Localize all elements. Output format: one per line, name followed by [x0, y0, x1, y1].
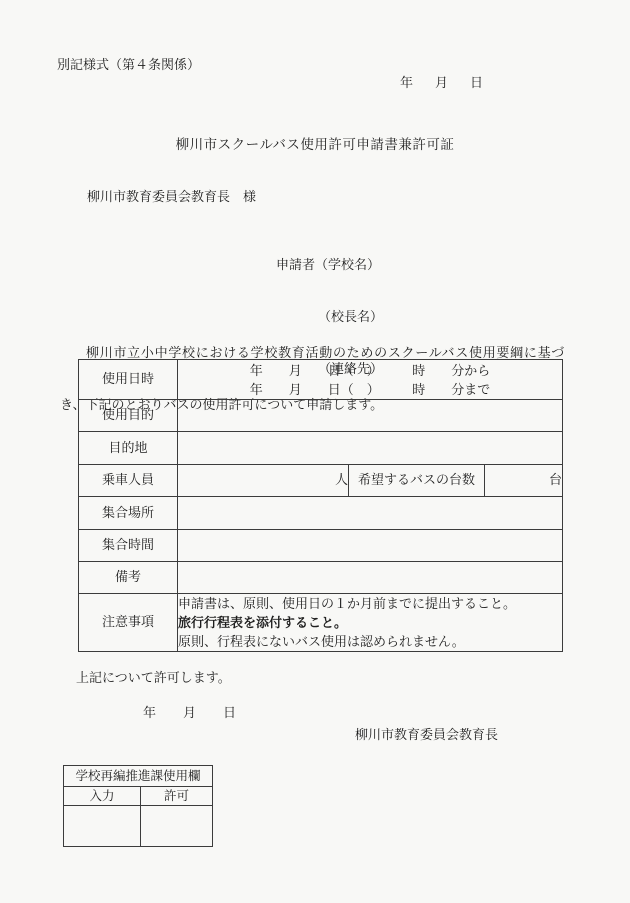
office-permit-blank-cell	[141, 806, 213, 847]
use-purpose-label: 使用目的	[79, 400, 178, 432]
notes-line-2: 旅行行程表を添付すること。	[178, 613, 562, 632]
approval-date-year-label: 年	[143, 706, 156, 721]
use-datetime-label: 使用日時	[79, 360, 178, 400]
date-day-label: 日	[470, 76, 483, 91]
document-title: 柳川市スクールバス使用許可申請書兼許可証	[0, 137, 630, 153]
approver-signature-line: 柳川市教育委員会教育長	[355, 728, 498, 743]
office-use-header-row: 学校再編推進課使用欄	[64, 766, 213, 787]
date-year-label: 年	[400, 76, 413, 91]
row-remarks: 備考	[79, 562, 563, 594]
bus-count-cell: 台	[485, 465, 563, 497]
use-datetime-from: 年 月 日（ ） 時 分から	[178, 361, 562, 380]
meeting-time-value-cell	[178, 530, 563, 562]
row-use-purpose: 使用目的	[79, 400, 563, 432]
row-use-datetime: 使用日時 年 月 日（ ） 時 分から 年 月 日（ ） 時 分まで	[79, 360, 563, 400]
approval-statement: 上記について許可します。	[76, 671, 231, 686]
notes-line-1: 申請書は、原則、使用日の１か月前までに提出すること。	[178, 594, 562, 613]
document-page: 別記様式（第４条関係） 年 月 日 柳川市スクールバス使用許可申請書兼許可証 柳…	[0, 0, 630, 903]
office-input-label: 入力	[64, 787, 141, 806]
use-purpose-value-cell	[178, 400, 563, 432]
approval-date-day-label: 日	[223, 706, 236, 721]
meeting-time-label: 集合時間	[79, 530, 178, 562]
date-month-label: 月	[435, 76, 448, 91]
meeting-place-value-cell	[178, 497, 563, 530]
office-use-label-row: 入力 許可	[64, 787, 213, 806]
office-use-blank-row	[64, 806, 213, 847]
destination-value-cell	[178, 432, 563, 465]
use-datetime-to: 年 月 日（ ） 時 分まで	[178, 380, 562, 399]
row-destination: 目的地	[79, 432, 563, 465]
use-datetime-cell: 年 月 日（ ） 時 分から 年 月 日（ ） 時 分まで	[178, 360, 563, 400]
passengers-count-cell: 人	[178, 465, 349, 497]
addressee-line: 柳川市教育委員会教育長 様	[87, 190, 256, 205]
row-passengers: 乗車人員 人 希望するバスの台数 台	[79, 465, 563, 497]
row-notes: 注意事項 申請書は、原則、使用日の１か月前までに提出すること。 旅行行程表を添付…	[79, 594, 563, 652]
remarks-value-cell	[178, 562, 563, 594]
application-date-line: 年 月 日	[400, 76, 483, 91]
row-meeting-place: 集合場所	[79, 497, 563, 530]
office-input-blank-cell	[64, 806, 141, 847]
meeting-place-label: 集合場所	[79, 497, 178, 530]
office-permit-label: 許可	[141, 787, 213, 806]
applicant-school-line: 申請者（学校名）	[276, 254, 383, 276]
bus-count-label: 希望するバスの台数	[349, 465, 485, 497]
remarks-label: 備考	[79, 562, 178, 594]
passengers-label: 乗車人員	[79, 465, 178, 497]
row-meeting-time: 集合時間	[79, 530, 563, 562]
approval-date-line: 年 月 日	[143, 706, 236, 721]
notes-cell: 申請書は、原則、使用日の１か月前までに提出すること。 旅行行程表を添付すること。…	[178, 594, 563, 652]
office-use-header: 学校再編推進課使用欄	[64, 766, 213, 787]
approval-date-month-label: 月	[183, 706, 196, 721]
notes-line-3: 原則、行程表にないバス使用は認められません。	[178, 632, 562, 651]
destination-label: 目的地	[79, 432, 178, 465]
form-style-label: 別記様式（第４条関係）	[57, 58, 200, 73]
notes-label: 注意事項	[79, 594, 178, 652]
office-use-table: 学校再編推進課使用欄 入力 許可	[63, 765, 213, 847]
application-table: 使用日時 年 月 日（ ） 時 分から 年 月 日（ ） 時 分まで 使用目的 …	[78, 359, 563, 652]
